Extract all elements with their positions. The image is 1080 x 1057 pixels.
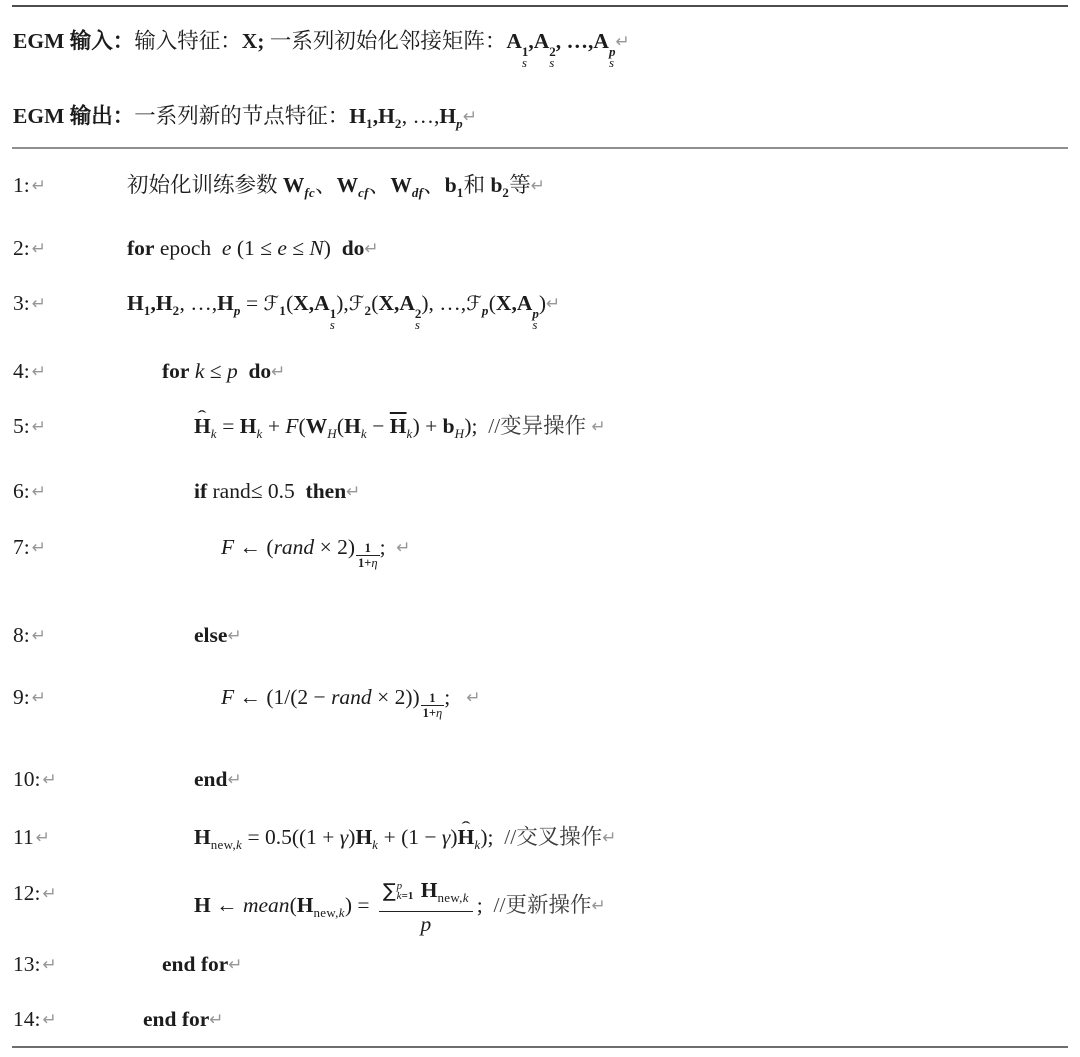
script-f-symbol: ℱ (466, 291, 482, 315)
line-number: 4:↵ (13, 356, 46, 387)
line-number: 1:↵ (13, 170, 46, 201)
line-number: 2:↵ (13, 233, 46, 264)
line-content: for epoch e (1 ≤ e ≤ N) do↵ (127, 233, 379, 264)
algo-row-13: 13:↵end for↵ (0, 949, 1080, 983)
line-content: else↵ (194, 620, 242, 651)
algo-output-line: EGM 输出：一系列新的节点特征：H1,H2, …,Hp↵ (13, 101, 1072, 139)
return-mark-icon: ↵ (396, 538, 410, 558)
return-mark-icon: ↵ (32, 176, 46, 196)
algo-row-10: 10:↵end↵ (0, 764, 1080, 798)
return-mark-icon: ↵ (602, 828, 616, 848)
line-content: ˆHk = Hk + F(WH(Hk − Hk) + bH); //变异操作 ↵ (194, 411, 606, 449)
return-mark-icon: ↵ (32, 417, 46, 437)
line-content: H ← mean(Hnew,k) = ∑pk=1 Hnew,kp; //更新操作… (194, 878, 606, 936)
line-content: end for↵ (162, 949, 243, 980)
line-content: H1,H2, …,Hp = ℱ1(X,A1s),ℱ2(X,A2s), …,ℱp(… (127, 288, 560, 330)
bottom-rule (12, 1046, 1068, 1048)
line-number: 8:↵ (13, 620, 46, 651)
algo-row-4: 4:↵for k ≤ p do↵ (0, 356, 1080, 390)
script-f-symbol: ℱ (264, 291, 280, 315)
exponent-fraction: 11+η (421, 692, 445, 719)
line-number: 10:↵ (13, 764, 57, 795)
return-mark-icon: ↵ (32, 239, 46, 259)
summation-symbol: ∑pk=1 (383, 879, 415, 903)
line-content: 初始化训练参数 Wfc、Wcf、Wdf、b1和 b2等↵ (127, 170, 545, 208)
line-number: 6:↵ (13, 476, 46, 507)
exponent-fraction: 11+η (356, 542, 380, 569)
algo-row-8: 8:↵else↵ (0, 620, 1080, 654)
line-content: F ← (rand × 2)11+η; ↵ (221, 532, 411, 569)
return-mark-icon: ↵ (227, 770, 241, 790)
return-mark-icon: ↵ (32, 482, 46, 502)
header-divider-rule (12, 147, 1068, 149)
top-rule (12, 5, 1068, 7)
return-mark-icon: ↵ (346, 482, 360, 502)
return-mark-icon: ↵ (463, 107, 477, 127)
algo-row-9: 9:↵F ← (1/(2 − rand × 2))11+η; ↵ (0, 682, 1080, 716)
algo-input-line: EGM 输入：输入特征：X; 一系列初始化邻接矩阵：A1s,A2s, …,Aps… (13, 26, 1072, 68)
return-mark-icon: ↵ (32, 626, 46, 646)
return-mark-icon: ↵ (42, 884, 56, 904)
line-content: for k ≤ p do↵ (162, 356, 285, 387)
algo-row-12: 12:↵H ← mean(Hnew,k) = ∑pk=1 Hnew,kp; //… (0, 878, 1080, 912)
return-mark-icon: ↵ (42, 1010, 56, 1030)
return-mark-icon: ↵ (42, 770, 56, 790)
line-content: Hnew,k = 0.5((1 + γ)Hk + (1 − γ)ˆHk); //… (194, 822, 616, 860)
line-content: end for↵ (143, 1004, 224, 1035)
algo-row-3: 3:↵H1,H2, …,Hp = ℱ1(X,A1s),ℱ2(X,A2s), …,… (0, 288, 1080, 322)
line-content: if rand≤ 0.5 then↵ (194, 476, 360, 507)
line-number: 12:↵ (13, 878, 57, 909)
return-mark-icon: ↵ (32, 294, 46, 314)
return-mark-icon: ↵ (42, 955, 56, 975)
return-mark-icon: ↵ (32, 362, 46, 382)
return-mark-icon: ↵ (592, 417, 606, 437)
line-content: end↵ (194, 764, 242, 795)
algorithm-pseudocode-page: { "colors": { "text": "#1c1c1c", "commen… (0, 0, 1080, 1057)
hat-accent: ˆ (198, 402, 207, 432)
algo-row-5: 5:↵ˆHk = Hk + F(WH(Hk − Hk) + bH); //变异操… (0, 411, 1080, 445)
line-content: F ← (1/(2 − rand × 2))11+η; ↵ (221, 682, 481, 719)
line-number: 5:↵ (13, 411, 46, 442)
hat-accent: ˆ (461, 813, 470, 843)
line-number: 9:↵ (13, 682, 46, 713)
algo-row-6: 6:↵if rand≤ 0.5 then↵ (0, 476, 1080, 510)
algo-row-2: 2:↵for epoch e (1 ≤ e ≤ N) do↵ (0, 233, 1080, 267)
return-mark-icon: ↵ (591, 896, 605, 916)
return-mark-icon: ↵ (209, 1010, 223, 1030)
algo-row-1: 1:↵初始化训练参数 Wfc、Wcf、Wdf、b1和 b2等↵ (0, 170, 1080, 204)
return-mark-icon: ↵ (227, 626, 241, 646)
return-mark-icon: ↵ (531, 176, 545, 196)
return-mark-icon: ↵ (615, 32, 629, 52)
algo-row-11: 11↵Hnew,k = 0.5((1 + γ)Hk + (1 − γ)ˆHk);… (0, 822, 1080, 856)
script-f-symbol: ℱ (349, 291, 365, 315)
line-number: 7:↵ (13, 532, 46, 563)
return-mark-icon: ↵ (32, 688, 46, 708)
return-mark-icon: ↵ (466, 688, 480, 708)
algo-row-7: 7:↵F ← (rand × 2)11+η; ↵ (0, 532, 1080, 566)
line-number: 11↵ (13, 822, 50, 853)
line-number: 3:↵ (13, 288, 46, 319)
return-mark-icon: ↵ (32, 538, 46, 558)
line-number: 14:↵ (13, 1004, 57, 1035)
return-mark-icon: ↵ (36, 828, 50, 848)
line-number: 13:↵ (13, 949, 57, 980)
return-mark-icon: ↵ (271, 362, 285, 382)
return-mark-icon: ↵ (546, 294, 560, 314)
fraction: ∑pk=1 Hnew,kp (379, 878, 473, 936)
return-mark-icon: ↵ (228, 955, 242, 975)
return-mark-icon: ↵ (364, 239, 378, 259)
algo-row-14: 14:↵end for↵ (0, 1004, 1080, 1038)
